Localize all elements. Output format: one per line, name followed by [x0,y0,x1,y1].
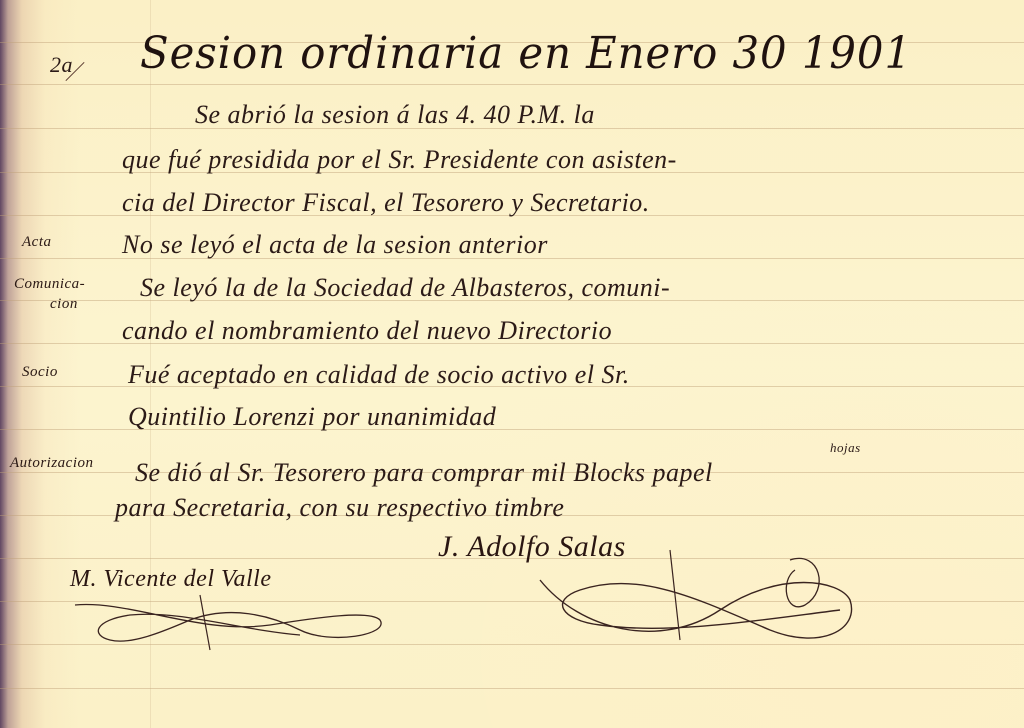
signature-flourish-secretary [520,540,860,650]
body-line-6: cando el nombramiento del nuevo Director… [122,316,612,346]
margin-note-socio: Socio [22,364,58,381]
body-line-8: Quintilio Lorenzi por unanimidad [128,402,496,432]
body-line-1: Se abrió la sesion á las 4. 40 P.M. la [195,100,595,130]
body-line-10: para Secretaria, con su respectivo timbr… [115,493,564,523]
signature-president: M. Vicente del Valle [70,566,271,593]
body-line-9: Se dió al Sr. Tesorero para comprar mil … [135,458,713,488]
body-line-3: cia del Director Fiscal, el Tesorero y S… [122,188,650,218]
margin-note-comunicacion: Comunica- [14,276,85,293]
signature-flourish-president [70,595,390,655]
session-number: 2a [50,52,73,78]
body-line-7: Fué aceptado en calidad de socio activo … [128,360,630,390]
ledger-page: 2a Sesion ordinaria en Enero 30 1901 Se … [0,0,1024,728]
margin-note-acta: Acta [22,234,52,251]
body-line-5: Se leyó la de la Sociedad de Albasteros,… [140,273,670,303]
body-line-4: No se leyó el acta de la sesion anterior [122,230,548,260]
body-line-2: que fué presidida por el Sr. Presidente … [122,145,677,175]
superscript-note: hojas [830,440,861,456]
ruled-line [0,84,1024,85]
page-title: Sesion ordinaria en Enero 30 1901 [140,28,912,79]
margin-note-comunicacion-cont: cion [50,296,78,313]
ruled-line [0,688,1024,689]
margin-note-autorizacion: Autorizacion [10,455,94,472]
